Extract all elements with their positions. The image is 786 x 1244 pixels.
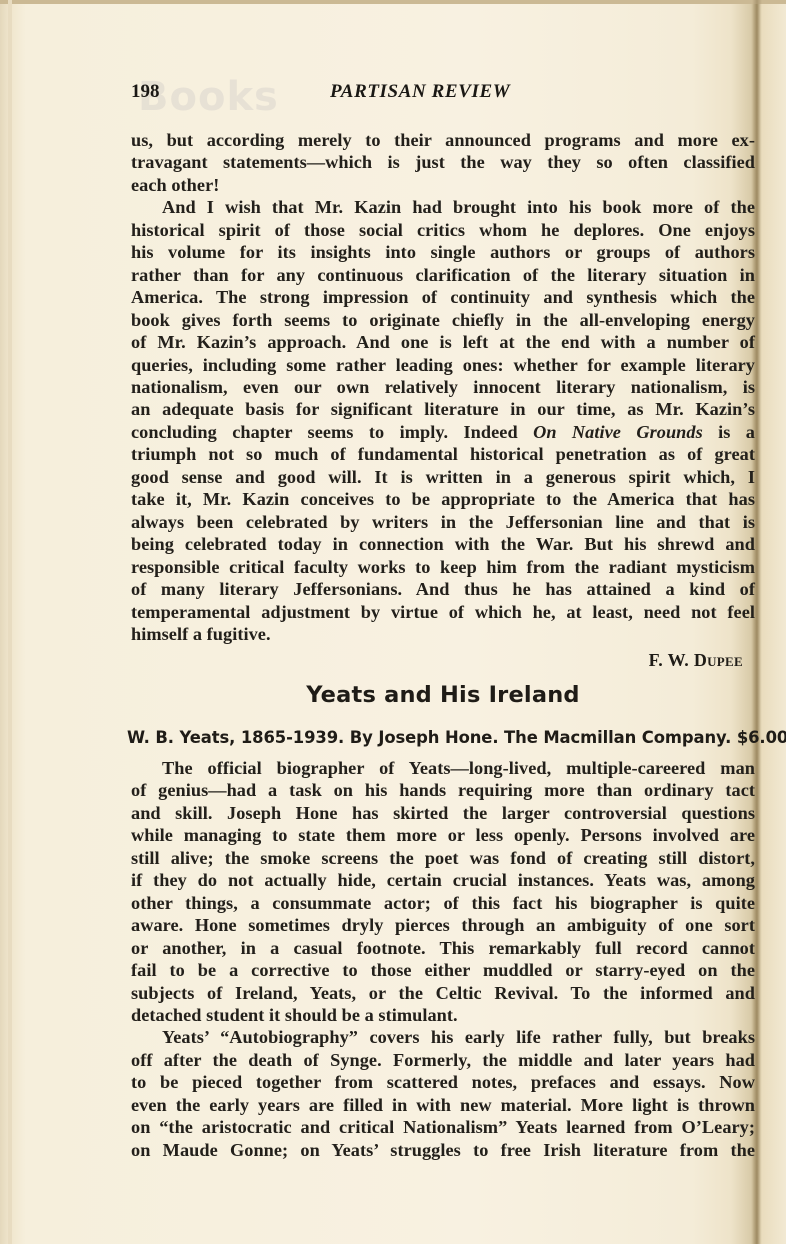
text-line: on Maude Gonne; on Yeats’ struggles to f… [131, 1139, 755, 1161]
text-line: each other! [131, 174, 755, 196]
running-head: 198 PARTISAN REVIEW [131, 81, 755, 107]
dupee-review-text: us, but according merely to their announ… [131, 129, 755, 645]
journal-title: PARTISAN REVIEW [330, 81, 510, 103]
text-line: and skill. Joseph Hone has skirted the l… [131, 802, 755, 824]
text-segment: concluding chapter seems to imply. Indee… [131, 422, 533, 442]
text-line: The official biographer of Yeats—long-li… [131, 757, 755, 779]
review-title: Yeats and His Ireland [131, 682, 755, 708]
text-line: to be pieced together from scattered not… [131, 1071, 755, 1093]
text-line: good sense and good will. It is written … [131, 466, 755, 488]
text-segment: is a [703, 422, 755, 442]
text-line: of genius—had a task on his hands requir… [131, 779, 755, 801]
page-number: 198 [131, 81, 160, 103]
text-line: of Mr. Kazin’s approach. And one is left… [131, 331, 755, 353]
text-line: Yeats’ “Autobiography” covers his early … [131, 1026, 755, 1048]
text-line: America. The strong impression of contin… [131, 286, 755, 308]
yeats-review-text: The official biographer of Yeats—long-li… [131, 757, 755, 1161]
text-line: or another, in a casual footnote. This r… [131, 937, 755, 959]
text-line: off after the death of Synge. Formerly, … [131, 1049, 755, 1071]
text-line: take it, Mr. Kazin conceives to be appro… [131, 488, 755, 510]
text-line: queries, including some rather leading o… [131, 354, 755, 376]
text-line: rather than for any continuous clarifica… [131, 264, 755, 286]
text-line: book gives forth seems to originate chie… [131, 309, 755, 331]
text-line: even the early years are filled in with … [131, 1094, 755, 1116]
text-line: while managing to state them more or les… [131, 824, 755, 846]
text-line: being celebrated today in connection wit… [131, 533, 755, 555]
page-top-edge [0, 0, 786, 4]
text-line: aware. Hone sometimes dryly pierces thro… [131, 914, 755, 936]
text-line: triumph not so much of fundamental histo… [131, 443, 755, 465]
text-line: fail to be a corrective to those either … [131, 959, 755, 981]
text-line: if they do not actually hide, certain cr… [131, 869, 755, 891]
text-line: of many literary Jeffersonians. And thus… [131, 578, 755, 600]
text-line: himself a fugitive. [131, 623, 755, 645]
text-line: us, but according merely to their announ… [131, 129, 755, 151]
text-line: nationalism, even our own relatively inn… [131, 376, 755, 398]
text-line: And I wish that Mr. Kazin had brought in… [131, 196, 755, 218]
text-line: detached student it should be a stimulan… [131, 1004, 755, 1026]
page-left-edge [8, 0, 12, 1244]
review-signature: F. W. Dupee [649, 650, 743, 671]
book-citation: W. B. Yeats, 1865-1939. By Joseph Hone. … [127, 728, 759, 747]
text-line: his volume for its insights into single … [131, 241, 755, 263]
text-line: responsible critical faculty works to ke… [131, 556, 755, 578]
text-line: temperamental adjustment by virtue of wh… [131, 601, 755, 623]
text-line: historical spirit of those social critic… [131, 219, 755, 241]
text-line: an adequate basis for significant litera… [131, 398, 755, 420]
text-line: other things, a consummate actor; of thi… [131, 892, 755, 914]
text-line: always been celebrated by writers in the… [131, 511, 755, 533]
text-line: subjects of Ireland, Yeats, or the Celti… [131, 982, 755, 1004]
book-title-italic: On Native Grounds [533, 422, 703, 442]
text-line-with-italic-title: concluding chapter seems to imply. Indee… [131, 421, 755, 443]
text-line: on “the aristocratic and critical Nation… [131, 1116, 755, 1138]
text-line: still alive; the smoke screens the poet … [131, 847, 755, 869]
text-line: travagant statements—which is just the w… [131, 151, 755, 173]
